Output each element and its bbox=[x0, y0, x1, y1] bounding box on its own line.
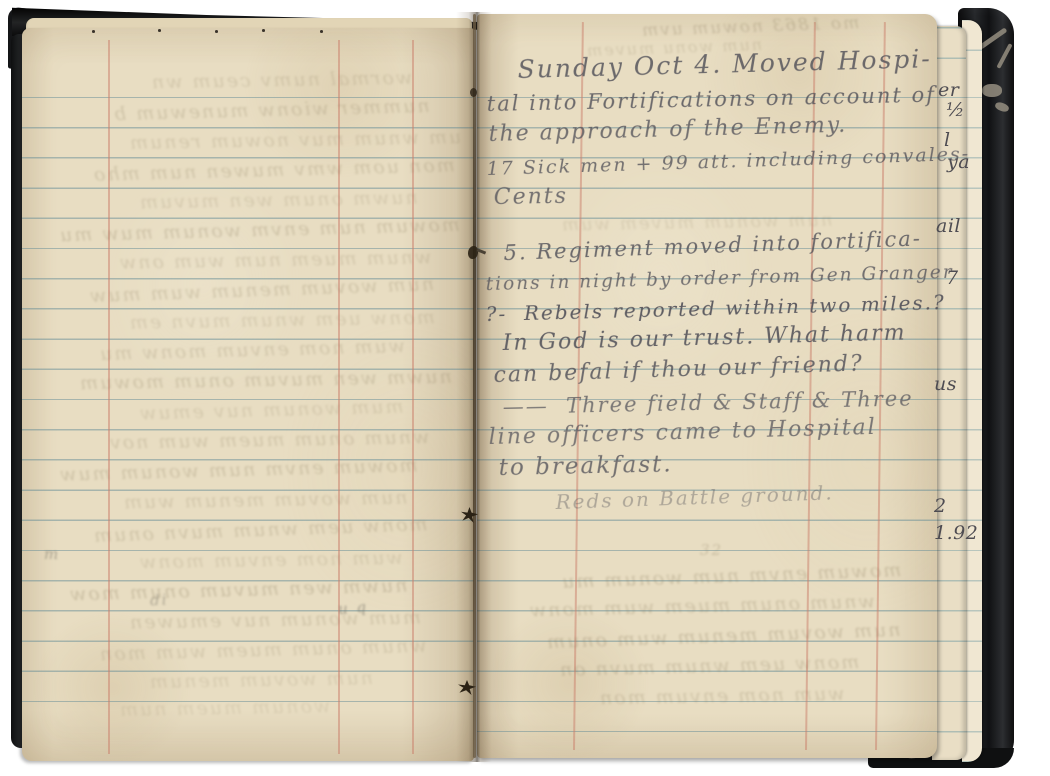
diary-spread-photo: Sunday Oct 4. Moved Hospi-tal into Forti… bbox=[0, 0, 1050, 776]
ghost-writing-line: wum nom envum monw bbox=[138, 547, 403, 574]
edge-fragment: ½ bbox=[946, 99, 965, 121]
ghost-writing-line: num wovum menum bbox=[148, 667, 373, 693]
edge-fragment: 1.92 bbox=[934, 522, 978, 544]
paper-speck bbox=[262, 29, 265, 32]
ghost-writing-line: m bbox=[44, 545, 60, 563]
ghost-writing-line: wormal numv ceum wn bbox=[150, 67, 413, 94]
edge-fragment: 7 bbox=[946, 267, 959, 289]
handwriting-line: Cents bbox=[494, 184, 569, 210]
paper-speck bbox=[92, 30, 95, 33]
edge-fragment: ail bbox=[936, 215, 961, 237]
ghost-writing-line: di bbox=[150, 591, 169, 610]
paper-speck bbox=[215, 30, 218, 33]
ghost-writing-line: 32 bbox=[700, 541, 723, 559]
ghost-writing-line: wum nom envum mon bbox=[598, 683, 845, 709]
ghost-writing-line: wonum muem num bbox=[118, 695, 331, 721]
edge-fragment: er bbox=[938, 79, 959, 101]
edge-fragment: ya bbox=[947, 151, 970, 173]
ghost-writing-line: u q bbox=[337, 598, 368, 619]
paper-speck bbox=[158, 29, 161, 32]
edge-fragment: l bbox=[944, 129, 951, 151]
handwriting-line: to breakfast. bbox=[498, 451, 672, 481]
edge-fragment: us bbox=[934, 373, 957, 395]
paper-speck bbox=[320, 30, 323, 33]
worn-thread-fray bbox=[982, 84, 1002, 97]
edge-fragment: 2 bbox=[934, 495, 947, 517]
binding-crease bbox=[473, 14, 476, 758]
stitch-hole bbox=[470, 88, 477, 97]
